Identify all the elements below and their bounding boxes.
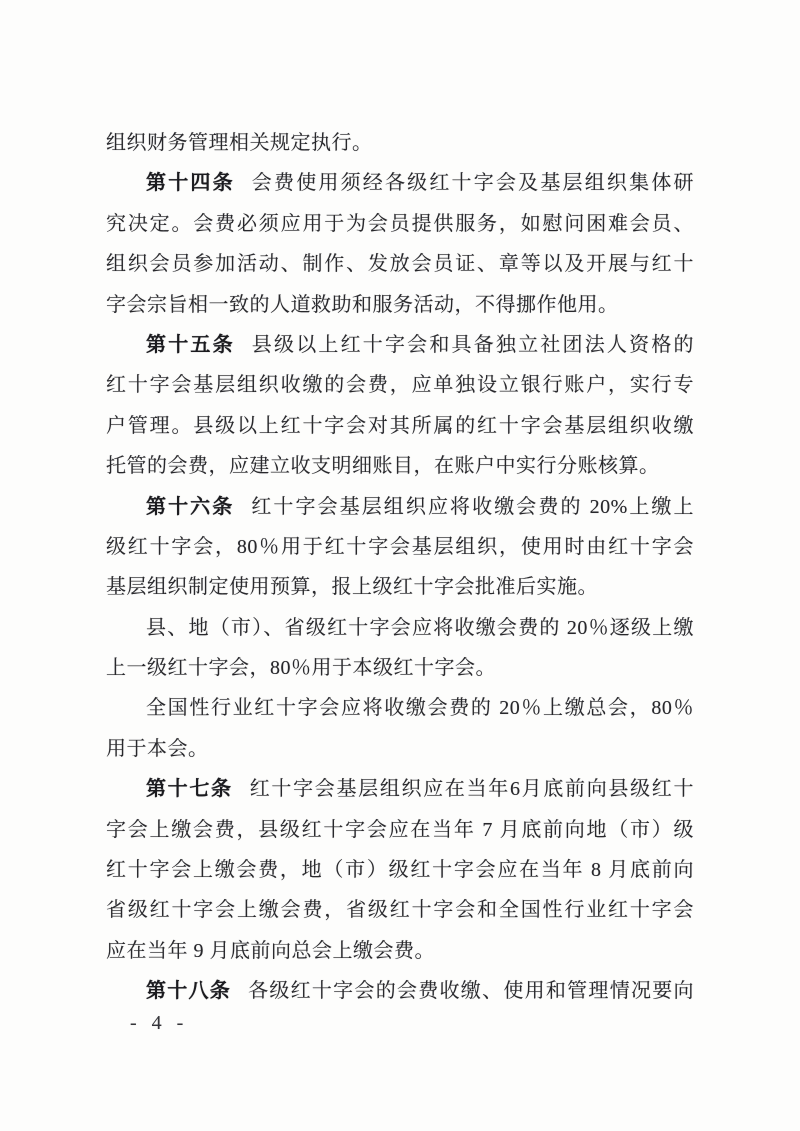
text-line: 基层组织制定使用预算，报上级红十字会批准后实施。 xyxy=(106,567,694,607)
line-text: 各级红十字会的会费收缴、使用和管理情况要向 xyxy=(248,980,694,1002)
document-page: 组织财务管理相关规定执行。第十四条会费使用须经各级红十字会及基层组织集体研究决定… xyxy=(0,0,800,1131)
text-line: 第十五条县级以上红十字会和具备独立社团法人资格的 xyxy=(106,325,694,365)
text-line: 第十八条各级红十字会的会费收缴、使用和管理情况要向 xyxy=(106,971,694,1011)
page-number: - 4 - xyxy=(130,1003,188,1043)
text-line: 组织财务管理相关规定执行。 xyxy=(106,123,694,163)
line-text: 县级以上红十字会和具备独立社团法人资格的 xyxy=(252,334,694,356)
text-line: 上一级红十字会，80％用于本级红十字会。 xyxy=(106,648,694,688)
article-number: 第十八条 xyxy=(146,980,231,1002)
article-number: 第十七条 xyxy=(146,778,233,800)
text-line: 应在当年 9 月底前向总会上缴会费。 xyxy=(106,931,694,971)
article-number: 第十四条 xyxy=(146,172,235,194)
line-text: 会费使用须经各级红十字会及基层组织集体研 xyxy=(252,172,694,194)
text-line: 究决定。会费必须应用于为会员提供服务，如慰问困难会员、 xyxy=(106,204,694,244)
text-line: 县、地（市）、省级红十字会应将收缴会费的 20％逐级上缴 xyxy=(106,608,694,648)
text-line: 组织会员参加活动、制作、发放会员证、章等以及开展与红十 xyxy=(106,244,694,284)
text-line: 托管的会费，应建立收支明细账目，在账户中实行分账核算。 xyxy=(106,446,694,486)
text-line: 级红十字会，80％用于红十字会基层组织，使用时由红十字会 xyxy=(106,527,694,567)
text-line: 全国性行业红十字会应将收缴会费的 20％上缴总会，80％ xyxy=(106,688,694,728)
line-text: 红十字会基层组织应在当年6月底前向县级红十 xyxy=(250,778,694,800)
text-line: 户管理。县级以上红十字会对其所属的红十字会基层组织收缴 xyxy=(106,406,694,446)
text-line: 第十四条会费使用须经各级红十字会及基层组织集体研 xyxy=(106,163,694,203)
line-text: 红十字会基层组织应将收缴会费的 20%上缴上 xyxy=(251,496,694,518)
article-number: 第十六条 xyxy=(146,496,234,518)
text-line: 第十六条红十字会基层组织应将收缴会费的 20%上缴上 xyxy=(106,487,694,527)
text-line: 字会上缴会费，县级红十字会应在当年 7 月底前向地（市）级 xyxy=(106,810,694,850)
text-line: 用于本会。 xyxy=(106,729,694,769)
text-line: 第十七条红十字会基层组织应在当年6月底前向县级红十 xyxy=(106,769,694,809)
document-text-block: 组织财务管理相关规定执行。第十四条会费使用须经各级红十字会及基层组织集体研究决定… xyxy=(106,123,694,1012)
text-line: 红十字会上缴会费，地（市）级红十字会应在当年 8 月底前向 xyxy=(106,850,694,890)
text-line: 省级红十字会上缴会费，省级红十字会和全国性行业红十字会 xyxy=(106,890,694,930)
text-line: 红十字会基层组织收缴的会费，应单独设立银行账户，实行专 xyxy=(106,365,694,405)
article-number: 第十五条 xyxy=(146,334,235,356)
text-line: 字会宗旨相一致的人道救助和服务活动，不得挪作他用。 xyxy=(106,285,694,325)
